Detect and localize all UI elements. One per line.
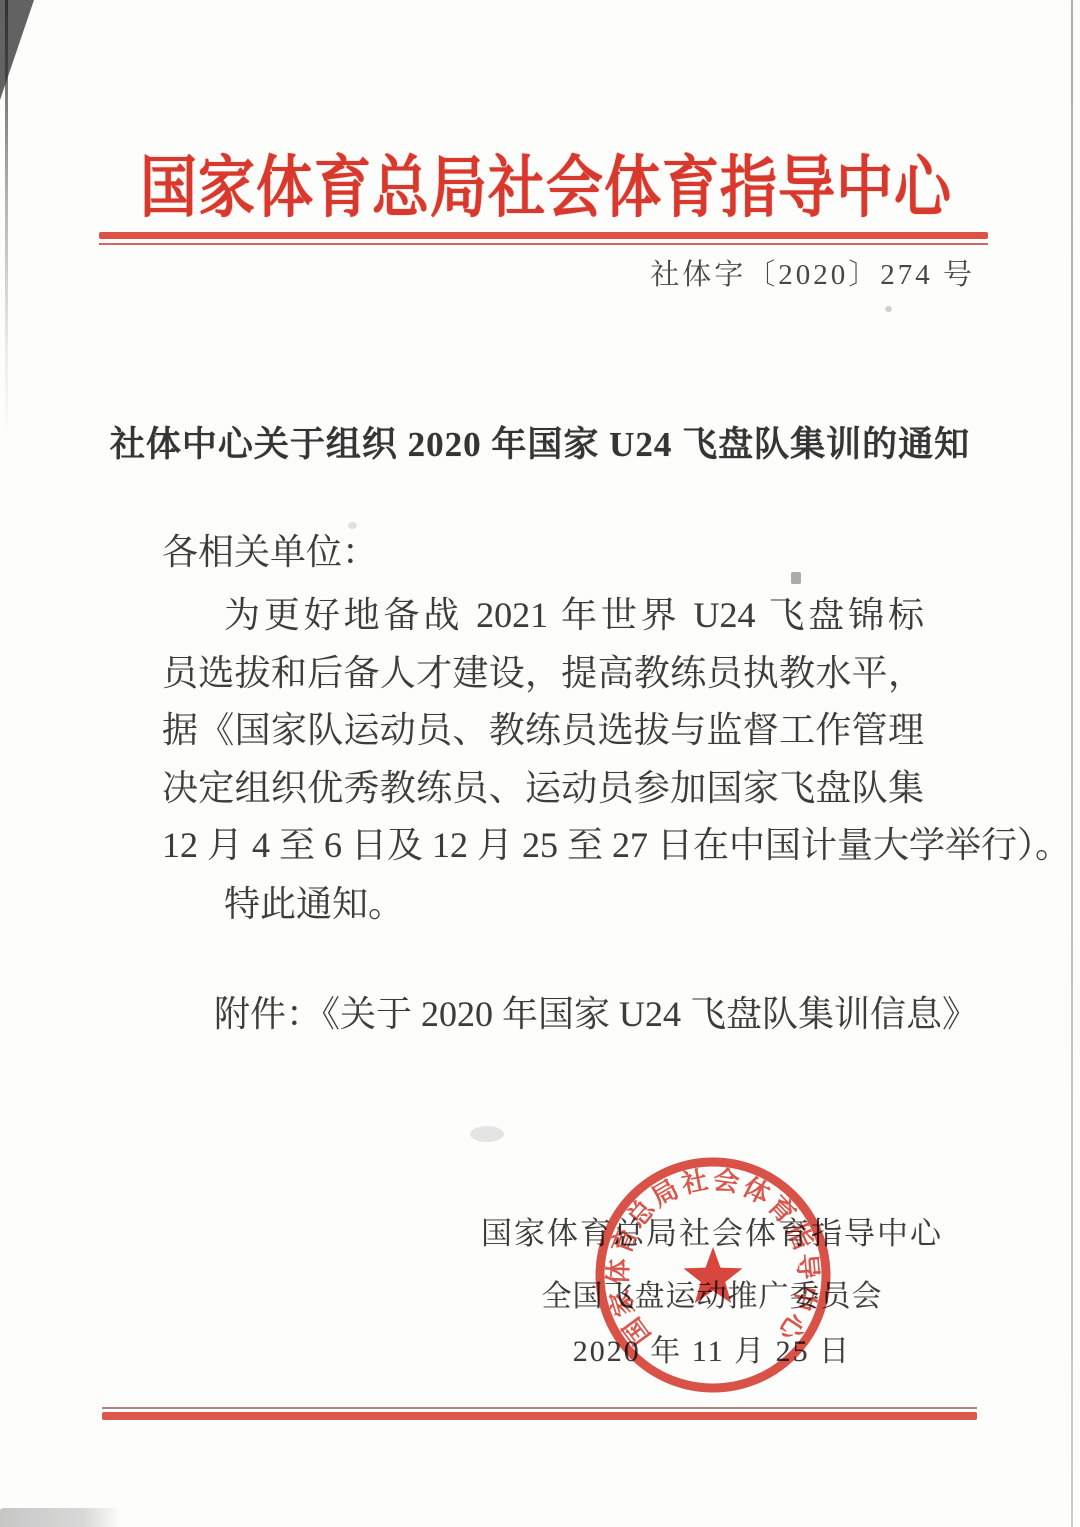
letterhead-rule-thin [99,243,988,245]
body-line: 据《国家队运动员、教练员选拔与监督工作管理规定（试行）》， [162,702,924,760]
scan-smudge [470,1126,504,1142]
body-paragraph: 为更好地备战 2021 年世界 U24 飞盘锦标赛，做好运动 员选拔和后备人才建… [162,587,924,875]
document-title: 社体中心关于组织 2020 年国家 U24 飞盘队集训的通知 [0,417,1080,467]
scan-bottom-left-artifact [0,1508,120,1527]
footer-rule-thick [102,1412,977,1420]
salutation: 各相关单位： [162,524,378,575]
footer-rule-thin [102,1407,977,1409]
scan-smudge [791,572,801,584]
official-red-seal: 国家体育总局社会体育指导中心 [588,1150,838,1400]
attachment-reference: 附件：《关于 2020 年国家 U24 飞盘队集训信息》 [162,986,1022,1044]
letterhead-title: 国家体育总局社会体育指导中心 [6,134,1080,231]
scanned-official-letter: 国家体育总局社会体育指导中心 社体字〔2020〕274 号 社体中心关于组织 2… [0,0,1080,1527]
body-line: 员选拔和后备人才建设，提高教练员执教水平，经研究，依 [162,645,924,703]
seal-star [684,1247,743,1303]
body-line: 12 月 4 至 6 日及 12 月 25 至 27 日在中国计量大学举行）。 [162,817,924,875]
body-line: 决定组织优秀教练员、运动员参加国家飞盘队集训（2020 年 [162,760,924,818]
document-number: 社体字〔2020〕274 号 [0,252,975,293]
closing-note: 特此通知。 [162,876,924,934]
body-line: 为更好地备战 2021 年世界 U24 飞盘锦标赛，做好运动 [162,587,924,645]
letterhead-rule-thick [99,232,988,239]
scan-smudge [885,306,892,312]
